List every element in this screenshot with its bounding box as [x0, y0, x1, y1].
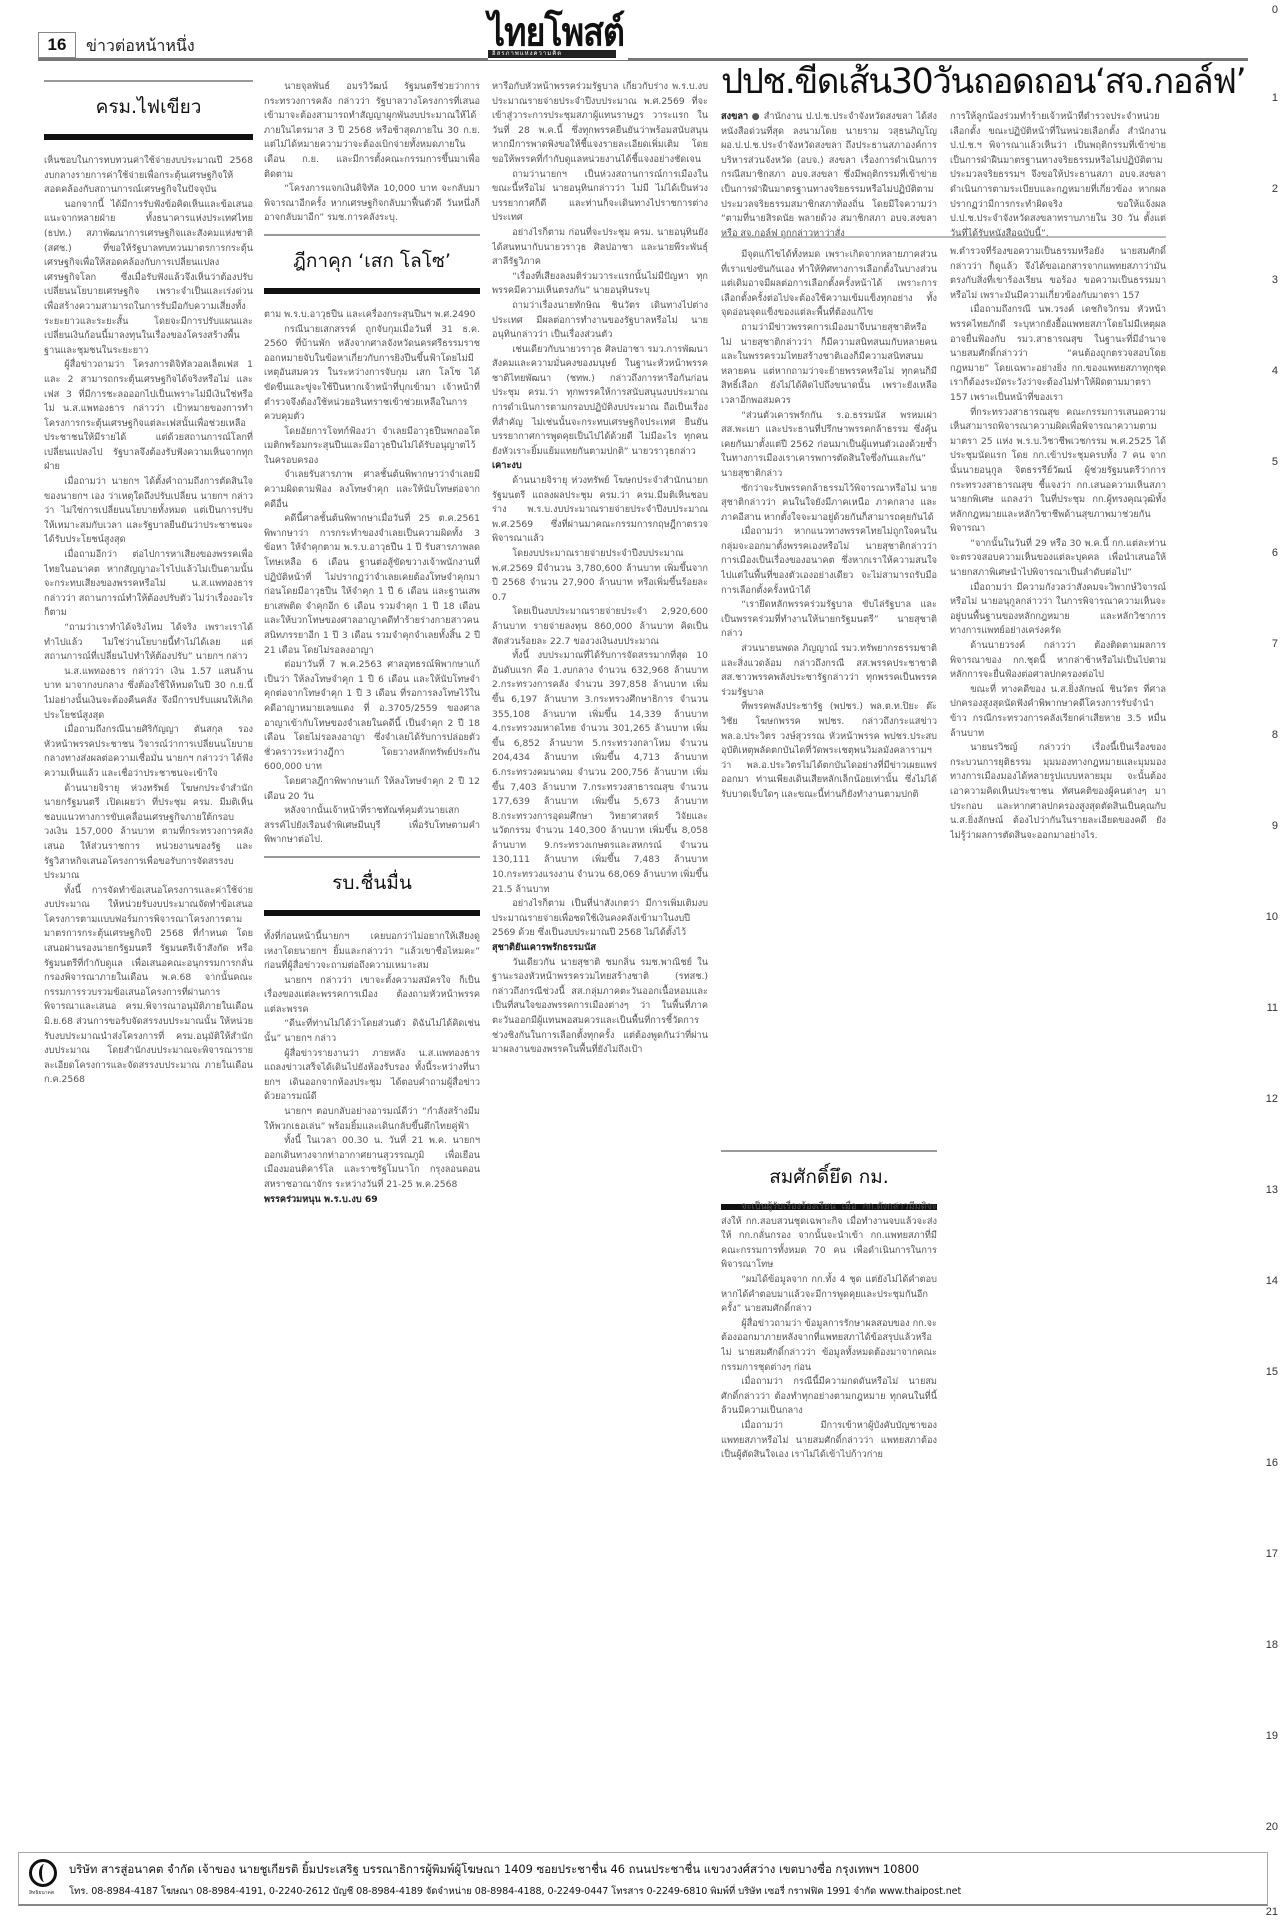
article-paragraph: จะเป็นผู้รับเรื่องร้องเรียน เมื่อ กก.ดัง… [721, 1200, 937, 1273]
heading-bar [264, 910, 480, 916]
article-paragraph: ผู้สื่อข่าวถามว่า ข้อมูลการรักษาผลสอบของ… [721, 1317, 937, 1375]
article-paragraph: หารือกับหัวหน้าพรรคร่วมรัฐบาล เกี่ยวกับร… [492, 80, 708, 168]
article-paragraph: ทั้งที่ก่อนหน้านี้นายกฯ เคยบอกว่าไม่อยาก… [264, 930, 480, 974]
article-paragraph: “โครงการแจกเงินดิจิทัล 10,000 บาท จะกลับ… [264, 182, 480, 226]
article-paragraph: เมื่อถามว่า นายกฯ ได้ตั้งคำถามถึงการตัดส… [44, 475, 253, 548]
article-paragraph: ด้านนายจิรายุ ห่วงทรัพย์ โฆษกประจำสำนักน… [492, 474, 708, 547]
article-paragraph: โดยอัยการโจทก์ฟ้องว่า จำเลยมีอาวุธปืนพกอ… [264, 425, 480, 469]
article-paragraph: ที่พรรคพลังประชารัฐ (พปชร.) พล.ต.ท.ปิยะ … [721, 700, 937, 802]
bullet-icon: ● [752, 111, 761, 122]
section-heading-box: ฎีกาคุก ‘เสก โลโซ’ [264, 234, 480, 308]
dateline: สงขลา [721, 111, 748, 122]
article-paragraph: ทั้งนี้ การจัดทำข้อเสนอโครงการและค่าใช้จ… [44, 884, 253, 1088]
ruler-mark: 20 [1266, 1821, 1278, 1833]
ruler-mark: 5 [1272, 456, 1278, 468]
ruler-mark: 17 [1266, 1548, 1278, 1560]
logo-ring [29, 1859, 57, 1887]
lead-text: สำนักงาน ป.ป.ช.ประจำจังหวัดสงขลา ได้ส่งห… [721, 111, 937, 239]
ruler-mark: 21 [1266, 1906, 1278, 1918]
masthead-text: ไทยโพสต์ [488, 12, 628, 53]
article-paragraph: นายนรวิชญ์ กล่าวว่า เรื่องนี้เป็นเรื่องข… [950, 741, 1166, 843]
ruler-mark: 19 [1266, 1730, 1278, 1742]
article-paragraph: กรณีนายเสกสรรค์ ถูกจับกุมเมื่อวันที่ 31 … [264, 323, 480, 425]
section-heading: ฎีกาคุก ‘เสก โลโซ’ [264, 246, 480, 276]
column-1: ครม.ไฟเขียว เห็นชอบในการทบทวนค่าใช้จ่ายง… [44, 80, 253, 1840]
article-paragraph: ทั้งนี้ งบประมาณที่ได้รับการจัดสรรมากที่… [492, 649, 708, 897]
ruler-mark: 16 [1266, 1457, 1278, 1469]
sub-heading: เคาะงบ [492, 459, 708, 474]
article-paragraph: นายกฯ ตอบกลับอย่างอารมณ์ดีว่า “กำลังสร้า… [264, 1105, 480, 1134]
article-paragraph: ถามว่านายกฯ เป็นห่วงสถานการณ์การเมืองในข… [492, 168, 708, 226]
sub-heading: พรรคร่วมหนุน พ.ร.บ.งบ 69 [264, 1193, 480, 1208]
publisher-footer: สิทธิยนาคต บริษัท สารสู่อนาคต จำกัด เจ้า… [18, 1852, 1268, 1906]
article-paragraph: ซักว่าจะรับพรรคกล้าธรรมไว้พิจารณาหรือไม่… [721, 482, 937, 526]
article-paragraph: มีจุดแก้ไขได้ทั้งหมด เพราะเกิดจากหลายภาค… [721, 248, 937, 321]
ruler-mark: 13 [1266, 1184, 1278, 1196]
article-paragraph: “ส่วนตัวเคารพรักกัน ร.อ.ธรรมนัส พรหมเผ่า… [721, 409, 937, 482]
article-paragraph: “ถามว่าเราทำได้จริงไหม ได้จริง เพราะเราไ… [44, 621, 253, 665]
article-paragraph: นายจุลพันธ์ อมรวิวัฒน์ รัฐมนตรีช่วยว่ากา… [264, 80, 480, 182]
article-paragraph: ส่วนนายนพดล ภิญญาณ์ รมว.ทรัพยากรธรรมชาติ… [721, 642, 937, 700]
article-paragraph: ที่กระทรวงสาธารณสุข คณะกรรมการเสนอความเห… [950, 406, 1166, 537]
article-paragraph: เมื่อถามว่า หากแนวทางพรรคไทยไม่ถูกใจคนใน… [721, 525, 937, 598]
article-paragraph: เมื่อถามถึงกรณี นพ.วรงค์ เดชกิจวิกรม หัว… [950, 303, 1166, 405]
article-paragraph: “เรายึดหลักพรรคร่วมรัฐบาล ขับไล่รัฐบาล แ… [721, 598, 937, 642]
article-paragraph: ตาม พ.ร.บ.อาวุธปืน และเครื่องกระสุนปืนฯ … [264, 308, 480, 323]
article-paragraph: โดยเป็นงบประมาณรายจ่ายประจำ 2,920,600 ล้… [492, 605, 708, 649]
article-paragraph: อย่างไรก็ตาม เป็นที่น่าสังเกตว่า มีการเพ… [492, 897, 708, 941]
article-paragraph: นายกฯ กล่าวว่า เขาจะตั้งความสมัครใจ ก็เป… [264, 974, 480, 1018]
ruler-mark: 0 [1272, 4, 1278, 16]
column-5: พ.ตำรวจที่ร้องขอความเป็นธรรมหรือยัง นายส… [950, 245, 1166, 1785]
ruler-mark: 15 [1266, 1366, 1278, 1378]
ruler-mark: 6 [1272, 547, 1278, 559]
ruler-mark: 12 [1266, 1093, 1278, 1105]
article-paragraph: อย่างไรก็ตาม ก่อนที่จะประชุม ครม. นายอนุ… [492, 226, 708, 270]
article-paragraph: ผู้สื่อข่าวถามว่า โครงการดิจิทัลวอลเล็ตเ… [44, 358, 253, 475]
article-paragraph: “ดีนะที่ท่านไม่ได้ว่าโดยส่วนตัว ดิฉันไม่… [264, 1017, 480, 1046]
article-paragraph: เมื่อถามถึงกรณีนายศิริกัญญา ตันสกุล รองห… [44, 723, 253, 781]
heading-bar [44, 134, 253, 140]
lead-divider [721, 236, 1166, 238]
column-2: นายจุลพันธ์ อมรวิวัฒน์ รัฐมนตรีช่วยว่ากา… [264, 80, 480, 1840]
article-paragraph: “เรื่องที่เสียงลงมติร่วมวาระแรกนั้นไม่มี… [492, 270, 708, 299]
heading-bar [264, 288, 480, 294]
article-paragraph: ผู้สื่อข่าวรายงานว่า ภายหลัง น.ส.แพทองธา… [264, 1047, 480, 1105]
sub-heading: สุชาติยันเคารพรักธรรมนัส [492, 941, 708, 956]
article-paragraph: พ.ตำรวจที่ร้องขอความเป็นธรรมหรือยัง นายส… [950, 245, 1166, 303]
article-paragraph: โดยศาลฎีกาพิพากษาแก้ ให้ลงโทษจำคุก 2 ปี … [264, 775, 480, 804]
article-paragraph: เมื่อถามว่า กรณีนี้มีความกดดันหรือไม่ นา… [721, 1375, 937, 1419]
column-3: หารือกับหัวหน้าพรรคร่วมรัฐบาล เกี่ยวกับร… [492, 80, 708, 1840]
article-paragraph: หลังจากนั้นเจ้าหน้าที่ราชทัณฑ์คุมตัวนายเ… [264, 804, 480, 848]
column-4: มีจุดแก้ไขได้ทั้งหมด เพราะเกิดจากหลายภาค… [721, 248, 937, 1238]
article-paragraph: ขณะที่ ทางคดีของ น.ส.ยิ่งลักษณ์ ชินวัตร … [950, 683, 1166, 741]
article-paragraph: เมื่อถามว่า มีการเข้าหาผู้บังคับบัญชาของ… [721, 1419, 937, 1463]
ruler-mark: 10 [1266, 911, 1278, 923]
column-4-bottom: จะเป็นผู้รับเรื่องร้องเรียน เมื่อ กก.ดัง… [721, 1200, 937, 1850]
logo-caption: สิทธิยนาคต [29, 1889, 59, 1897]
section-title: ข่าวต่อหน้าหนึ่ง [86, 34, 195, 59]
section-heading: ครม.ไฟเขียว [44, 92, 253, 122]
ruler-mark: 8 [1272, 729, 1278, 741]
ruler-mark: 4 [1272, 365, 1278, 377]
article-paragraph: ด้านนายวรงค์ กล่าวว่า ต้องติดตามผลการพิจ… [950, 639, 1166, 683]
article-paragraph: ด้านนายจิรายุ ห่วงทรัพย์ โฆษกประจำสำนักน… [44, 782, 253, 884]
article-paragraph: จำเลยรับสารภาพ ศาลชั้นต้นพิพากษาว่าจำเลย… [264, 468, 480, 512]
margin-ruler: 0 1 2 3 4 5 6 7 8 9 10 11 12 13 14 15 16… [1258, 0, 1286, 1920]
lead-text: การให้ลูกน้องร่วมทำร้ายเจ้าหน้าที่ตำรวจป… [950, 111, 1166, 239]
article-paragraph: “จากนั้นในวันที่ 29 หรือ 30 พ.ค.นี้ กก.แ… [950, 537, 1166, 581]
ruler-mark: 9 [1272, 820, 1278, 832]
article-paragraph: คดีนี้ศาลชั้นต้นพิพากษาเมื่อวันที่ 25 ต.… [264, 512, 480, 658]
article-paragraph: ถามว่าเรื่องนายทักษิณ ชินวัตร เดินทางไปต… [492, 299, 708, 343]
article-paragraph: ต่อมาวันที่ 7 พ.ค.2563 ศาลอุทธรณ์พิพากษา… [264, 658, 480, 775]
article-paragraph: “ผมได้ข้อมูลจาก กก.ทั้ง 4 ชุด แต่ยังไม่ไ… [721, 1273, 937, 1317]
ruler-mark: 3 [1272, 274, 1278, 286]
section-heading-box: รบ.ชื่นมื่น [264, 856, 480, 930]
section-heading: สมศักดิ์ยึด กม. [721, 1162, 937, 1192]
article-paragraph: เมื่อถามว่า มีความกังวลว่าสังคมจะวิพากษ์… [950, 581, 1166, 639]
article-paragraph: น.ส.แพทองธาร กล่าวว่า เงิน 1.57 แสนล้านบ… [44, 665, 253, 723]
section-heading: รบ.ชื่นมื่น [264, 868, 480, 898]
section-heading-box: ครม.ไฟเขียว [44, 80, 253, 154]
article-paragraph: เมื่อถามอีกว่า ต่อไปการหาเสียงของพรรคเพื… [44, 548, 253, 621]
ruler-mark: 11 [1267, 1002, 1278, 1014]
article-paragraph: โดยงบประมาณรายจ่ายประจำปีงบประมาณ พ.ศ.25… [492, 547, 708, 605]
ruler-mark: 7 [1272, 638, 1278, 650]
article-paragraph: เห็นชอบในการทบทวนค่าใช้จ่ายงบประมาณปี 25… [44, 154, 253, 198]
masthead-logo: ไทยโพสต์ อิสรภาพแห่งความคิด [488, 12, 628, 60]
ruler-mark: 18 [1266, 1639, 1278, 1651]
publisher-info: บริษัท สารสู่อนาคต จำกัด เจ้าของ นายชูเก… [69, 1861, 919, 1879]
article-paragraph: นอกจากนี้ ได้มีการรับฟังข้อคิดเห็นและข้อ… [44, 198, 253, 359]
page-number: 16 [38, 32, 76, 58]
ruler-mark: 14 [1266, 1275, 1278, 1287]
ruler-mark: 1 [1272, 92, 1278, 104]
article-paragraph: เช่นเดียวกับนายวราวุธ ศิลปอาชา รมว.การพั… [492, 343, 708, 460]
contact-info: โทร. 08-8984-4187 โฆษณา 08-8984-4191, 0-… [69, 1884, 961, 1899]
article-paragraph: ทั้งนี้ ในเวลา 00.30 น. วันที่ 21 พ.ค. น… [264, 1134, 480, 1192]
newspaper-page: 16 ข่าวต่อหน้าหนึ่ง ไทยโพสต์ อิสรภาพแห่ง… [38, 0, 1248, 1920]
lead-headline: ปปช.ขีดเส้น30วันถอดถอน‘สจ.กอล์ฟ’ [721, 54, 1251, 109]
article-paragraph: ถามว่ามีข่าวพรรคการเมืองมาจีบนายสุชาติหร… [721, 321, 937, 409]
publisher-logo-icon: สิทธิยนาคต [29, 1859, 59, 1899]
article-paragraph: วันเดียวกัน นายสุชาติ ชมกลิ่น รมช.พาณิชย… [492, 956, 708, 1058]
ruler-mark: 2 [1272, 183, 1278, 195]
